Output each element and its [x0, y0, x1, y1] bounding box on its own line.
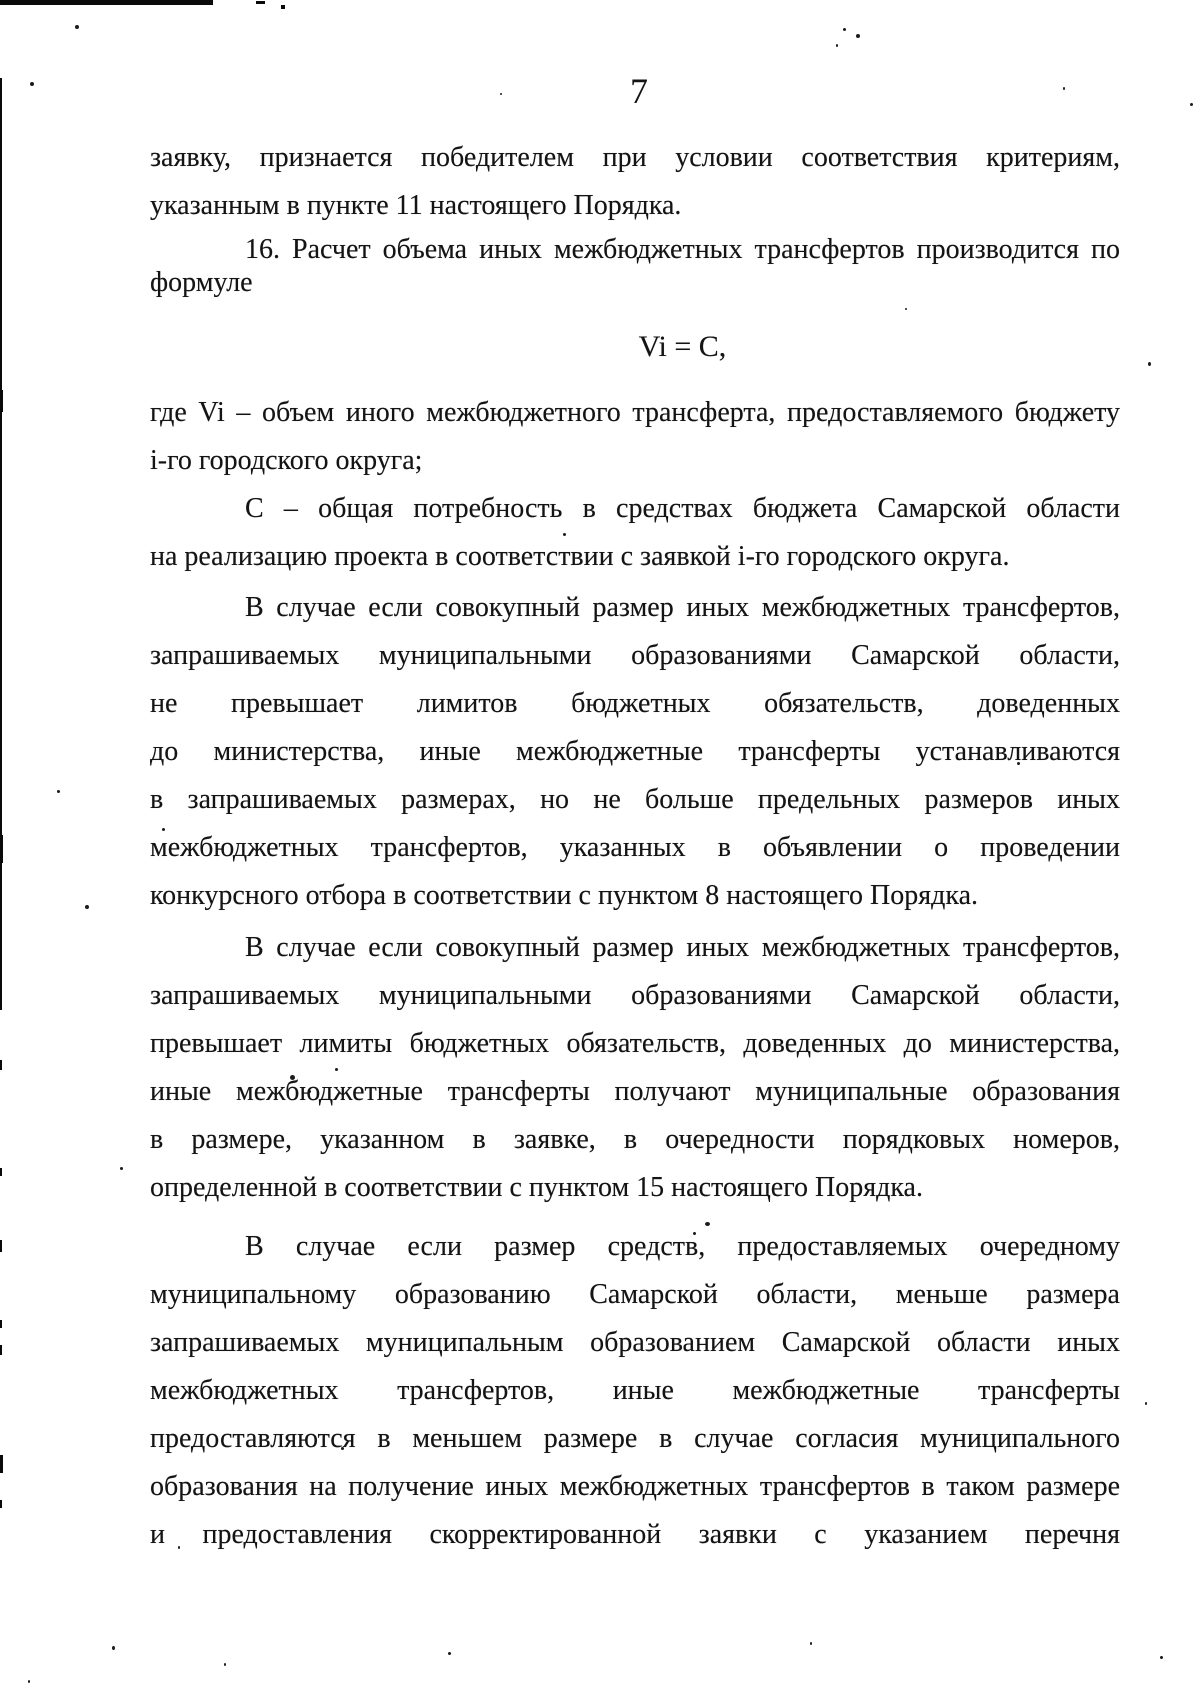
- text-line: образования на получение иных межбюджетн…: [150, 1463, 1120, 1511]
- scan-artifact-left-dash: [0, 1060, 2, 1070]
- text-line: определенной в соответствии с пунктом 15…: [150, 1164, 1120, 1212]
- text-line: муниципальному образованию Самарской обл…: [150, 1271, 1120, 1319]
- paragraph-formula-legend-c: С – общая потребность в средствах бюджет…: [150, 485, 1120, 581]
- text-line: В случае если совокупный размер иных меж…: [150, 584, 1120, 632]
- text-line: в размере, указанном в заявке, в очередн…: [150, 1116, 1120, 1164]
- text-line: на реализацию проекта в соответствии с з…: [150, 533, 1120, 581]
- document-text: заявку, признается победителем при услов…: [150, 134, 1120, 1559]
- text-line: межбюджетных трансфертов, указанных в об…: [150, 824, 1120, 872]
- paragraph-continuation: заявку, признается победителем при услов…: [150, 134, 1120, 230]
- scan-artifact-top-speck: [281, 5, 285, 9]
- formula-line: Vi = C,: [150, 323, 1120, 371]
- text-line: формуле: [150, 266, 1120, 299]
- text-line: i-го городского округа;: [150, 437, 1120, 485]
- paragraph-case-smaller-amount: В случае если размер средств, предоставл…: [150, 1223, 1120, 1559]
- text-line: где Vi – объем иного межбюджетного транс…: [150, 389, 1120, 437]
- text-line: запрашиваемых муниципальным образованием…: [150, 1319, 1120, 1367]
- paragraph-item-16: 16. Расчет объема иных межбюджетных тран…: [150, 233, 1120, 299]
- text-line: заявку, признается победителем при услов…: [150, 134, 1120, 182]
- scan-artifact-top-speck: [256, 1, 265, 4]
- text-line: указанным в пункте 11 настоящего Порядка…: [150, 182, 1120, 230]
- text-line: конкурсного отбора в соответствии с пунк…: [150, 872, 1120, 920]
- scan-artifact-left-dash: [0, 1345, 2, 1355]
- text-line: не превышает лимитов бюджетных обязатель…: [150, 680, 1120, 728]
- scan-artifact-left-dash: [0, 1455, 3, 1473]
- scan-artifact-left-blob: [0, 835, 3, 863]
- scan-artifact-left-blob: [0, 390, 3, 412]
- scan-artifact-top-bar: [0, 0, 213, 5]
- text-line: предоставляются в меньшем размере в случ…: [150, 1415, 1120, 1463]
- scan-artifact-left-dash: [0, 1168, 2, 1176]
- text-line: межбюджетных трансфертов, иные межбюджет…: [150, 1367, 1120, 1415]
- paragraph-case-exceeding: В случае если совокупный размер иных меж…: [150, 924, 1120, 1212]
- text-line: В случае если размер средств, предоставл…: [150, 1223, 1120, 1271]
- text-line: запрашиваемых муниципальными образования…: [150, 632, 1120, 680]
- text-line: и предоставления скорректированной заявк…: [150, 1511, 1120, 1559]
- text-line: С – общая потребность в средствах бюджет…: [150, 485, 1120, 533]
- paragraph-formula-legend-vi: где Vi – объем иного межбюджетного транс…: [150, 389, 1120, 485]
- paragraph-case-not-exceeding: В случае если совокупный размер иных меж…: [150, 584, 1120, 920]
- text-line: иные межбюджетные трансферты получают му…: [150, 1068, 1120, 1116]
- scan-artifact-left-line: [0, 78, 2, 1010]
- text-line: в запрашиваемых размерах, но не больше п…: [150, 776, 1120, 824]
- scan-artifact-left-dash: [0, 1500, 2, 1508]
- text-line: запрашиваемых муниципальными образования…: [150, 972, 1120, 1020]
- text-line: 16. Расчет объема иных межбюджетных тран…: [150, 233, 1120, 266]
- page-number: 7: [630, 73, 648, 109]
- text-line: до министерства, иные межбюджетные транс…: [150, 728, 1120, 776]
- scan-artifact-left-dash: [0, 1320, 2, 1328]
- scan-artifact-left-dash: [0, 1240, 2, 1252]
- text-line: превышает лимиты бюджетных обязательств,…: [150, 1020, 1120, 1068]
- scanned-document-page: 7 заявку, признается победителем при усл…: [0, 0, 1200, 1697]
- text-line: В случае если совокупный размер иных меж…: [150, 924, 1120, 972]
